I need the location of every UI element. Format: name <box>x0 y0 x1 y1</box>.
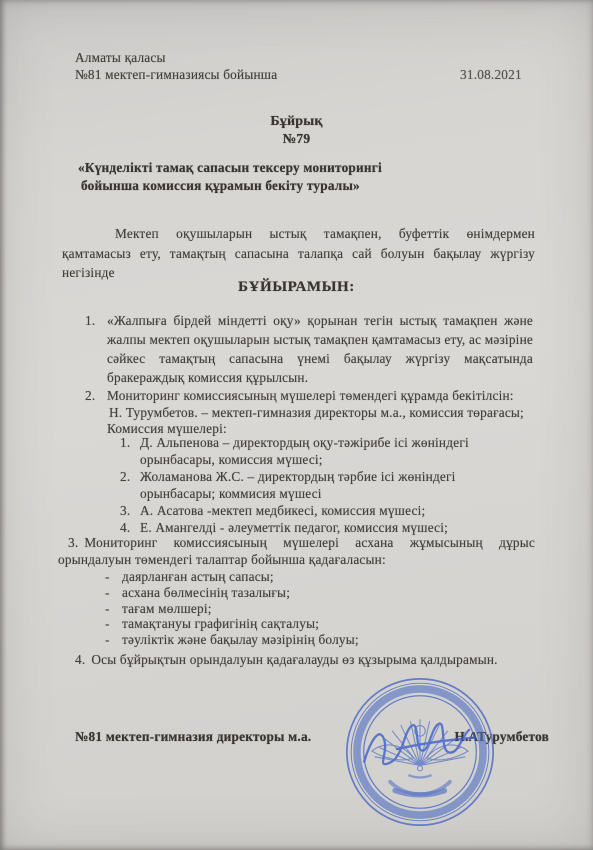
official-stamp <box>343 675 497 829</box>
dash-row: - асхана бөлмесінің тазалығы; <box>105 585 513 601</box>
dash-marker: - <box>105 601 122 617</box>
doc-date: 31.08.2021 <box>460 65 522 84</box>
member-row: 1. Д. Альпенова – директордың оқу-тәжіри… <box>120 434 531 468</box>
subject-line-2: бойынша комиссия құрамын бекіту туралы» <box>81 177 498 195</box>
signature-title: №81 мектеп-гимназия директоры м.а. <box>75 727 311 746</box>
check-text: даярланған астың сапасы; <box>122 569 513 585</box>
check-text: тамақтануы графигінің сақталуы; <box>122 616 513 632</box>
dash-row: - даярланған астың сапасы; <box>105 569 513 585</box>
member-row: 3. А. Асатова -мектеп медбикесі, комисси… <box>120 502 531 519</box>
item-2-chairman: Н. Турумбетов. – мектеп-гимназия директо… <box>109 405 537 422</box>
item-2-lead: Мониторинг комиссиясының мүшелері төменд… <box>107 388 537 405</box>
dash-row: - тағам мөлшері; <box>105 601 513 617</box>
item-4-text: Осы бұйрықтын орындалуын қадағалауды өз … <box>91 652 497 667</box>
intro-paragraph: Мектеп оқушыларын ыстық тамақпен, буфетт… <box>62 224 535 283</box>
item-4-number: 4. <box>75 652 85 667</box>
doc-subject: «Күнделікті тамақ сапасын тексеру монито… <box>78 159 498 194</box>
doc-title: Бұйрық <box>0 113 593 130</box>
dash-marker: - <box>105 616 122 632</box>
member-2-number: 2. <box>120 468 140 502</box>
order-item-1: 1. «Жалпыға бірдей міндетті оқу» қорынан… <box>85 311 533 387</box>
header-school: №81 мектеп-гимназиясы бойынша <box>75 65 277 84</box>
member-row: 2. Жоламанова Ж.С. – директордың тәрбие … <box>120 468 531 502</box>
item-1-number: 1. <box>85 311 107 387</box>
item-2-number: 2. <box>85 388 107 438</box>
dash-marker: - <box>105 585 122 601</box>
dash-row: - тәуліктік және бақылау мәзірінің болуы… <box>105 632 513 648</box>
resolve-word: БҰЙЫРАМЫН: <box>0 278 593 297</box>
order-item-2: 2. Мониторинг комиссиясының мүшелері төм… <box>85 388 537 438</box>
item-3-text: Мониторинг комиссиясының мүшелері асхана… <box>58 535 535 567</box>
subject-line-1: «Күнделікті тамақ сапасын тексеру монито… <box>78 159 498 177</box>
member-1-text: Д. Альпенова – директордың оқу-тәжірибе … <box>140 434 490 468</box>
doc-number: №79 <box>0 130 593 147</box>
member-3-text: А. Асатова -мектеп медбикесі, комиссия м… <box>140 502 531 519</box>
check-text: тәуліктік және бақылау мәзірінің болуы; <box>122 632 513 648</box>
dash-marker: - <box>105 569 122 585</box>
check-text: асхана бөлмесінің тазалығы; <box>122 585 513 601</box>
item-1-text: «Жалпыға бірдей міндетті оқу» қорынан те… <box>107 311 533 387</box>
commission-members-list: 1. Д. Альпенова – директордың оқу-тәжіри… <box>120 434 531 536</box>
member-1-number: 1. <box>120 434 140 468</box>
dash-row: - тамақтануы графигінің сақталуы; <box>105 616 513 632</box>
item-3-number: 3. <box>68 535 78 550</box>
order-item-4: 4.Осы бұйрықтын орындалуын қадағалауды ө… <box>75 650 553 669</box>
check-text: тағам мөлшері; <box>122 601 513 617</box>
item-2-body: Мониторинг комиссиясының мүшелері төменд… <box>107 388 537 438</box>
order-item-3: 3.Мониторинг комиссиясының мүшелері асха… <box>58 534 535 568</box>
scanned-order-document: Алматы қаласы №81 мектеп-гимназиясы бойы… <box>0 0 593 850</box>
member-3-number: 3. <box>120 502 140 519</box>
requirements-list: - даярланған астың сапасы; - асхана бөлм… <box>105 569 513 648</box>
dash-marker: - <box>105 632 122 648</box>
member-2-text: Жоламанова Ж.С. – директордың тәрбие ісі… <box>140 468 531 502</box>
